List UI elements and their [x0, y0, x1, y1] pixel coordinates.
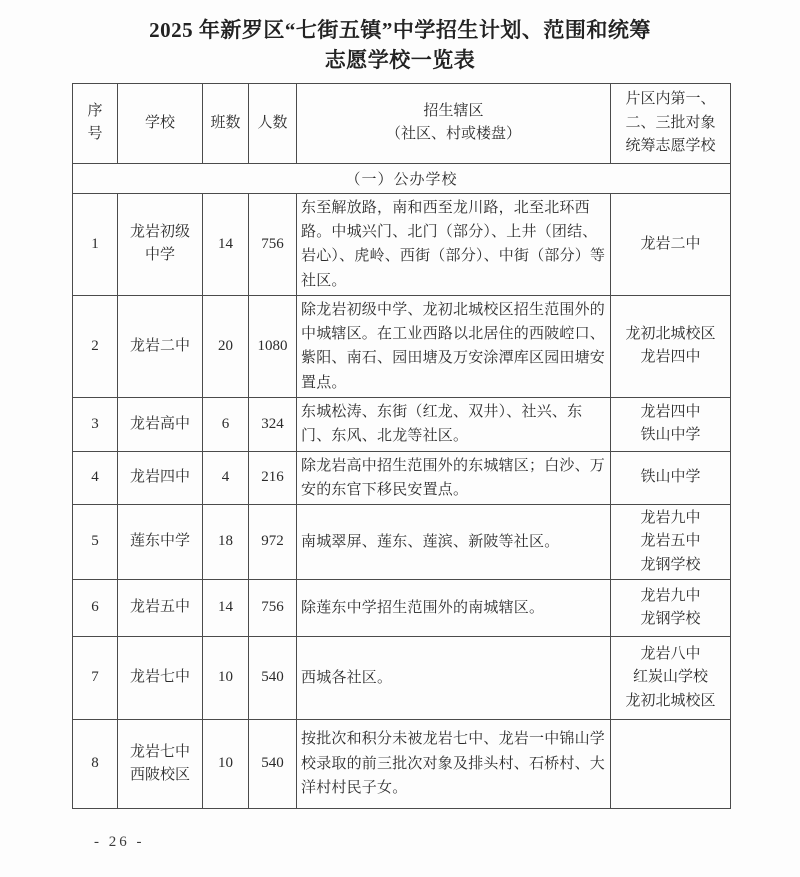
cell-students: 216 — [249, 451, 297, 505]
table-row: 1 龙岩初级 中学 14 756 东至解放路，南和西至龙川路，北至北环西路。中城… — [73, 193, 731, 295]
cell-district: 按批次和积分未被龙岩七中、龙岩一中锦山学校录取的前三批次对象及排头村、石桥村、大… — [297, 719, 611, 808]
page-number: - 26 - — [94, 834, 145, 851]
cell-no: 6 — [73, 579, 118, 636]
table-row: 8 龙岩七中 西陂校区 10 540 按批次和积分未被龙岩七中、龙岩一中锦山学校… — [73, 719, 731, 808]
cell-classes: 14 — [203, 579, 249, 636]
cell-no: 8 — [73, 719, 118, 808]
cell-classes: 14 — [203, 193, 249, 295]
cell-district: 除龙岩初级中学、龙初北城校区招生范围外的中城辖区。在工业西路以北居住的西陂崆口、… — [297, 295, 611, 397]
cell-classes: 18 — [203, 505, 249, 580]
cell-no: 4 — [73, 451, 118, 505]
cell-school: 莲东中学 — [118, 505, 203, 580]
cell-school: 龙岩四中 — [118, 451, 203, 505]
table-row: 3 龙岩高中 6 324 东城松涛、东街（红龙、双井）、社兴、东门、东风、北龙等… — [73, 398, 731, 452]
cell-volunteer: 龙初北城校区 龙岩四中 — [611, 295, 731, 397]
cell-classes: 4 — [203, 451, 249, 505]
col-header-no: 序 号 — [73, 83, 118, 163]
table-row: 7 龙岩七中 10 540 西城各社区。 龙岩八中 红炭山学校 龙初北城校区 — [73, 636, 731, 719]
col-header-school: 学校 — [118, 83, 203, 163]
cell-students: 972 — [249, 505, 297, 580]
table-row: 6 龙岩五中 14 756 除莲东中学招生范围外的南城辖区。 龙岩九中 龙钢学校 — [73, 579, 731, 636]
cell-school: 龙岩初级 中学 — [118, 193, 203, 295]
cell-school: 龙岩七中 西陂校区 — [118, 719, 203, 808]
cell-district: 除龙岩高中招生范围外的东城辖区；白沙、万安的东官下移民安置点。 — [297, 451, 611, 505]
cell-district: 南城翠屏、莲东、莲滨、新陂等社区。 — [297, 505, 611, 580]
table-row: 2 龙岩二中 20 1080 除龙岩初级中学、龙初北城校区招生范围外的中城辖区。… — [73, 295, 731, 397]
cell-classes: 6 — [203, 398, 249, 452]
cell-students: 756 — [249, 579, 297, 636]
cell-district: 除莲东中学招生范围外的南城辖区。 — [297, 579, 611, 636]
cell-school: 龙岩五中 — [118, 579, 203, 636]
cell-volunteer: 龙岩九中 龙岩五中 龙钢学校 — [611, 505, 731, 580]
cell-district: 东至解放路，南和西至龙川路，北至北环西路。中城兴门、北门（部分）、上井（团结、岩… — [297, 193, 611, 295]
cell-no: 1 — [73, 193, 118, 295]
col-header-classes: 班数 — [203, 83, 249, 163]
cell-school: 龙岩二中 — [118, 295, 203, 397]
cell-students: 756 — [249, 193, 297, 295]
cell-volunteer — [611, 719, 731, 808]
cell-no: 3 — [73, 398, 118, 452]
table-row: 4 龙岩四中 4 216 除龙岩高中招生范围外的东城辖区；白沙、万安的东官下移民… — [73, 451, 731, 505]
col-header-students: 人数 — [249, 83, 297, 163]
cell-students: 540 — [249, 719, 297, 808]
cell-no: 7 — [73, 636, 118, 719]
cell-volunteer: 龙岩八中 红炭山学校 龙初北城校区 — [611, 636, 731, 719]
enrollment-table: 序 号 学校 班数 人数 招生辖区 （社区、村或楼盘） 片区内第一、 二、三批对… — [72, 83, 731, 809]
cell-volunteer: 铁山中学 — [611, 451, 731, 505]
page-title: 2025 年新罗区“七街五镇”中学招生计划、范围和统筹 志愿学校一览表 — [0, 0, 800, 76]
cell-district: 东城松涛、东街（红龙、双井）、社兴、东门、东风、北龙等社区。 — [297, 398, 611, 452]
cell-volunteer: 龙岩九中 龙钢学校 — [611, 579, 731, 636]
table-row: 5 莲东中学 18 972 南城翠屏、莲东、莲滨、新陂等社区。 龙岩九中 龙岩五… — [73, 505, 731, 580]
cell-volunteer: 龙岩二中 — [611, 193, 731, 295]
cell-no: 5 — [73, 505, 118, 580]
section-row: （一）公办学校 — [73, 163, 731, 193]
table-header-row: 序 号 学校 班数 人数 招生辖区 （社区、村或楼盘） 片区内第一、 二、三批对… — [73, 83, 731, 163]
cell-classes: 20 — [203, 295, 249, 397]
cell-district: 西城各社区。 — [297, 636, 611, 719]
section-header: （一）公办学校 — [73, 163, 731, 193]
col-header-district: 招生辖区 （社区、村或楼盘） — [297, 83, 611, 163]
cell-school: 龙岩高中 — [118, 398, 203, 452]
scanned-document-page: 2025 年新罗区“七街五镇”中学招生计划、范围和统筹 志愿学校一览表 序 号 … — [0, 0, 800, 877]
cell-classes: 10 — [203, 719, 249, 808]
cell-no: 2 — [73, 295, 118, 397]
col-header-volunteer: 片区内第一、 二、三批对象 统筹志愿学校 — [611, 83, 731, 163]
cell-school: 龙岩七中 — [118, 636, 203, 719]
cell-classes: 10 — [203, 636, 249, 719]
cell-students: 324 — [249, 398, 297, 452]
cell-volunteer: 龙岩四中 铁山中学 — [611, 398, 731, 452]
cell-students: 540 — [249, 636, 297, 719]
cell-students: 1080 — [249, 295, 297, 397]
